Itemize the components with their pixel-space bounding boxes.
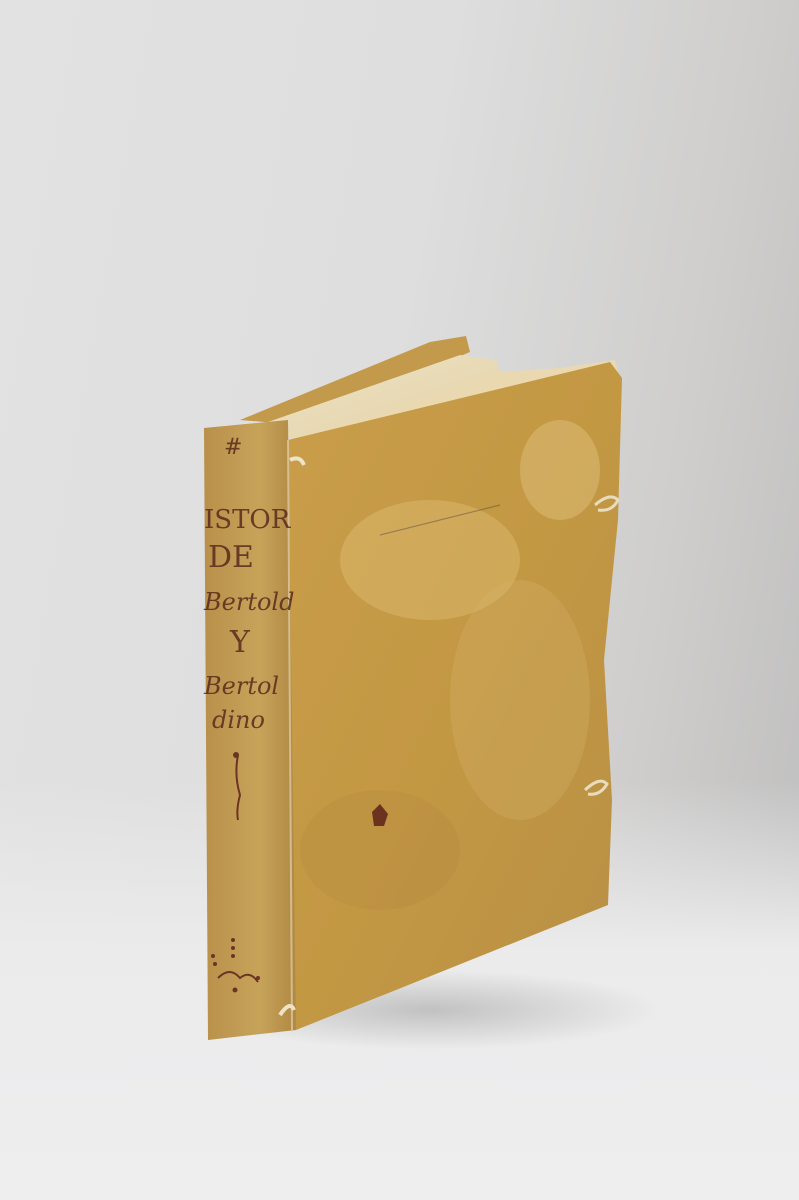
spine-line-1: ISTOR bbox=[204, 505, 292, 535]
book-photo: # ISTOR DE Bertold Y Bertol dino bbox=[0, 0, 799, 1200]
spine-line-3: Bertold bbox=[204, 588, 292, 616]
book-illustration bbox=[0, 0, 799, 1200]
spine-line-6: dino bbox=[212, 706, 300, 734]
spine-line-5: Bertol bbox=[204, 672, 292, 700]
spine-line-2: DE bbox=[208, 540, 296, 575]
spine-line-4: Y bbox=[230, 625, 318, 660]
spine-mark: # bbox=[224, 435, 312, 460]
